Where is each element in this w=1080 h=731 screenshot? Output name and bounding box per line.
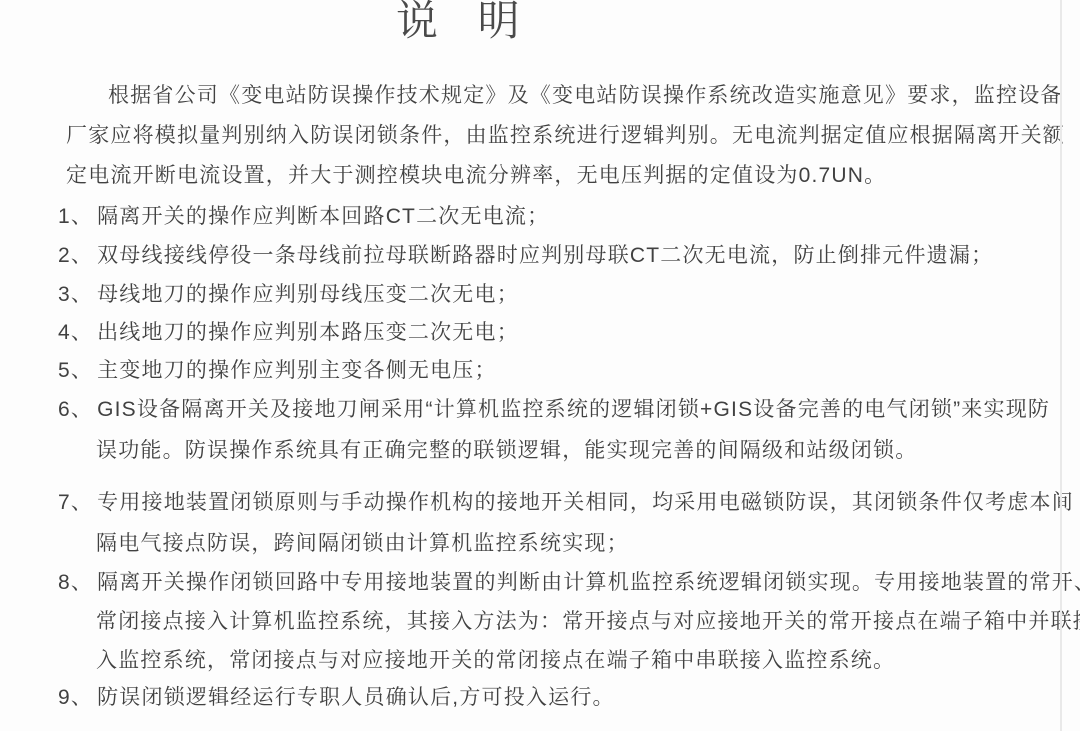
note-item-6-cont: 误功能。防误操作系统具有正确完整的联锁逻辑，能实现完善的间隔级和站级闭锁。: [96, 437, 917, 465]
item-text: 出线地刀的操作应判别本路压变二次无电；: [97, 321, 519, 344]
item-number: 8、: [58, 571, 93, 594]
item-text: GIS设备隔离开关及接地刀闸采用“计算机监控系统的逻辑闭锁+GIS设备完善的电气…: [97, 398, 1050, 421]
document-page: 说 明 根据省公司《变电站防误操作技术规定》及《变电站防误操作系统改造实施意见》…: [0, 0, 1080, 731]
note-item-7: 7、专用接地装置闭锁原则与手动操作机构的接地开关相同，均采用电磁锁防误，其闭锁条…: [58, 489, 1074, 517]
item-text: 防误闭锁逻辑经运行专职人员确认后,方可投入运行。: [97, 686, 615, 709]
note-item-8-cont-1: 常闭接点接入计算机监控系统，其接入方法为：常开接点与对应接地开关的常开接点在端子…: [96, 608, 1080, 636]
note-item-6: 6、GIS设备隔离开关及接地刀闸采用“计算机监控系统的逻辑闭锁+GIS设备完善的…: [58, 396, 1050, 424]
item-text: 母线地刀的操作应判别母线压变二次无电；: [97, 283, 519, 306]
item-number: 3、: [58, 283, 93, 306]
intro-line-3: 定电流开断电流设置，并大于测控模块电流分辨率，无电压判据的定值设为0.7UN。: [66, 162, 886, 190]
item-text: 双母线接线停役一条母线前拉母联断路器时应判别母联CT二次无电流，防止倒排元件遗漏…: [97, 244, 993, 267]
item-number: 7、: [58, 491, 93, 514]
note-item-4: 4、出线地刀的操作应判别本路压变二次无电；: [58, 319, 519, 347]
scan-edge-line: [1060, 0, 1062, 731]
item-number: 4、: [58, 321, 93, 344]
note-item-8-cont-2: 入监控系统，常闭接点与对应接地开关的常闭接点在端子箱中串联接入监控系统。: [96, 647, 895, 675]
note-item-5: 5、主变地刀的操作应判别主变各侧无电压；: [58, 357, 497, 385]
note-item-3: 3、母线地刀的操作应判别母线压变二次无电；: [58, 281, 519, 309]
item-number: 9、: [58, 686, 93, 709]
item-number: 1、: [58, 205, 93, 228]
note-item-2: 2、双母线接线停役一条母线前拉母联断路器时应判别母联CT二次无电流，防止倒排元件…: [58, 242, 993, 270]
intro-line-1: 根据省公司《变电站防误操作技术规定》及《变电站防误操作系统改造实施意见》要求，监…: [108, 82, 1063, 110]
note-item-7-cont: 隔电气接点防误，跨间隔闭锁由计算机监控系统实现；: [96, 530, 629, 558]
item-number: 5、: [58, 359, 93, 382]
note-item-8: 8、隔离开关操作闭锁回路中专用接地装置的判断由计算机监控系统逻辑闭锁实现。专用接…: [58, 569, 1080, 597]
note-item-1: 1、隔离开关的操作应判断本回路CT二次无电流；: [58, 203, 549, 231]
item-number: 2、: [58, 244, 93, 267]
item-text: 隔离开关的操作应判断本回路CT二次无电流；: [97, 205, 549, 228]
item-number: 6、: [58, 398, 93, 421]
page-title: 说 明: [396, 0, 526, 48]
item-text: 专用接地装置闭锁原则与手动操作机构的接地开关相同，均采用电磁锁防误，其闭锁条件仅…: [97, 491, 1074, 514]
item-text: 主变地刀的操作应判别主变各侧无电压；: [97, 359, 497, 382]
note-item-9: 9、防误闭锁逻辑经运行专职人员确认后,方可投入运行。: [58, 684, 615, 712]
intro-line-2: 厂家应将模拟量判别纳入防误闭锁条件，由监控系统进行逻辑判别。无电流判据定值应根据…: [66, 122, 1065, 150]
item-text: 隔离开关操作闭锁回路中专用接地装置的判断由计算机监控系统逻辑闭锁实现。专用接地装…: [97, 571, 1080, 594]
